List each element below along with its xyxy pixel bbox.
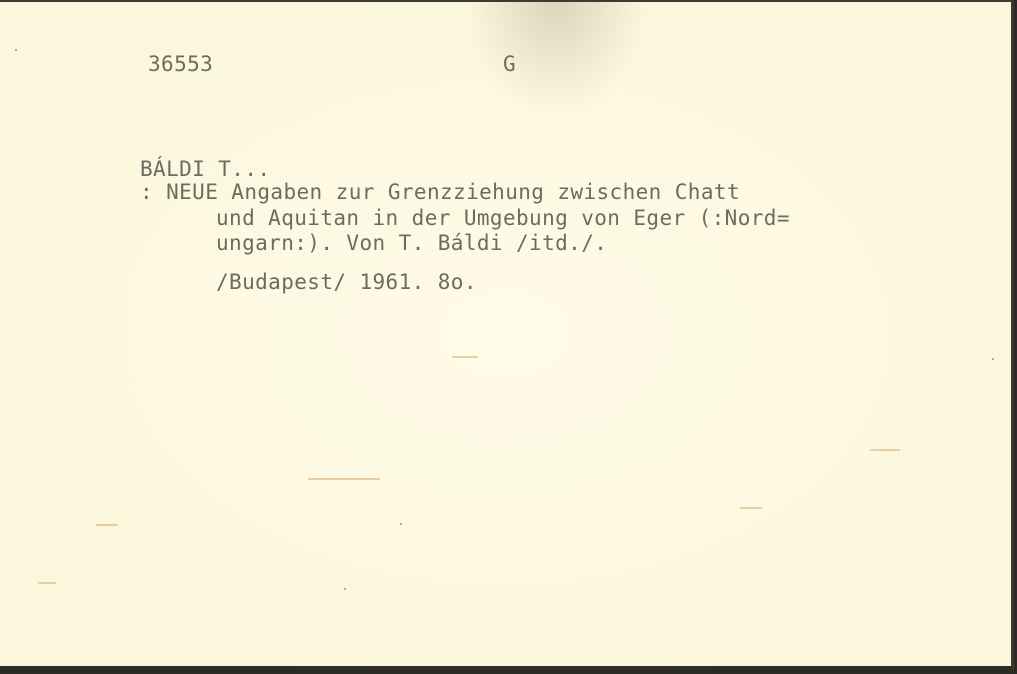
title-line-1: : NEUE Angaben zur Grenzziehung zwischen…: [140, 182, 740, 203]
author-heading: BÁLDI T...: [140, 159, 270, 180]
paper-speck: [38, 582, 56, 584]
paper-dot: [400, 523, 402, 525]
paper-speck: [740, 507, 762, 509]
paper-dot: [344, 588, 346, 590]
catalog-card: 36553 G BÁLDI T... : NEUE Angaben zur Gr…: [0, 0, 1014, 670]
paper-speck: [870, 449, 900, 451]
paper-speck: [308, 478, 380, 480]
imprint: /Budapest/ 1961. 8o.: [216, 272, 477, 293]
title-line-2: und Aquitan in der Umgebung von Eger (:N…: [216, 208, 790, 229]
location-mark: G: [503, 54, 516, 75]
paper-dot: [15, 49, 17, 51]
paper-speck: [452, 356, 478, 358]
title-line-3: ungarn:). Von T. Báldi /itd./.: [216, 233, 607, 254]
paper-dot: [992, 358, 994, 360]
call-number: 36553: [148, 54, 213, 75]
paper-speck: [96, 524, 118, 526]
